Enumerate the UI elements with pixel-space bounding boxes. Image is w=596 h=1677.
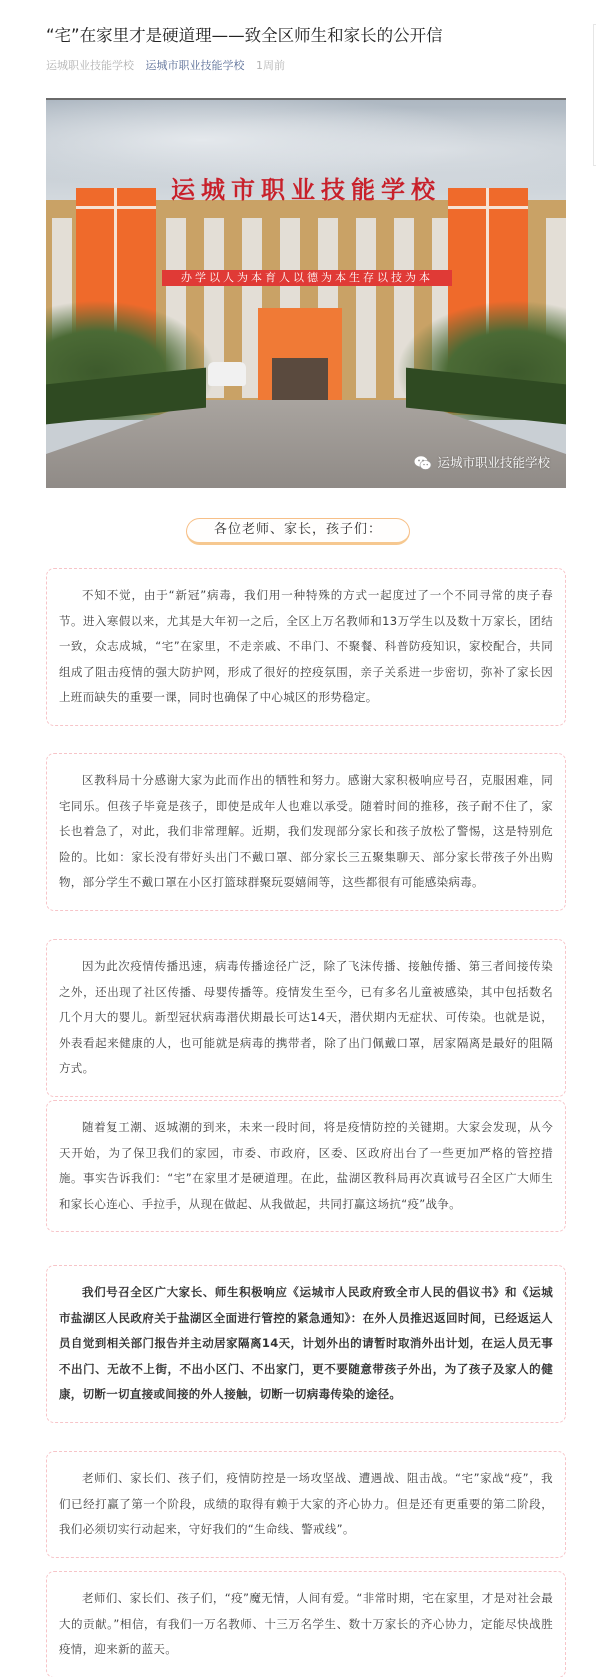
image-watermark: 运城市职业技能学校 bbox=[414, 454, 550, 472]
cover-image[interactable]: 运城市职业技能学校 办学以人为本育人以德为本生存以技为本 运城市职业技能学校 bbox=[46, 98, 566, 488]
meta-account-link[interactable]: 运城市职业技能学校 bbox=[146, 59, 245, 72]
paragraph-text: 不知不觉，由于“新冠”病毒，我们用一种特殊的方式一起度过了一个不同寻常的庚子春节… bbox=[59, 583, 553, 711]
paragraph-card-3: 因为此次疫情传播迅速，病毒传播途径广泛，除了飞沫传播、接触传播、第三者间接传染之… bbox=[46, 939, 566, 1097]
meta-time: 1周前 bbox=[256, 59, 285, 72]
meta-source: 运城职业技能学校 bbox=[46, 59, 134, 72]
article-title: “宅”在家里才是硬道理——致全区师生和家长的公开信 bbox=[46, 24, 566, 48]
paragraph-card-7: 老师们、家长们、孩子们，“疫”魔无情，人间有爱。“非常时期，宅在家里，才是对社会… bbox=[46, 1571, 566, 1677]
paragraph-text: 老师们、家长们、孩子们，疫情防控是一场攻坚战、遭遇战、阻击战。“宅”家战“疫”，… bbox=[59, 1466, 553, 1543]
paragraph-card-2: 区教科局十分感谢大家为此而作出的牺牲和努力。感谢大家积极响应号召，克服困难，同宅… bbox=[46, 753, 566, 911]
paragraph-text: 区教科局十分感谢大家为此而作出的牺牲和努力。感谢大家积极响应号召，克服困难，同宅… bbox=[59, 768, 553, 896]
paragraph-text: 老师们、家长们、孩子们，“疫”魔无情，人间有爱。“非常时期，宅在家里，才是对社会… bbox=[59, 1586, 553, 1663]
paragraph-text: 因为此次疫情传播迅速，病毒传播途径广泛，除了飞沫传播、接触传播、第三者间接传染之… bbox=[59, 954, 553, 1082]
paragraph-text-bold: 我们号召全区广大家长、师生积极响应《运城市人民政府致全市人民的倡议书》和《运城市… bbox=[59, 1280, 553, 1408]
paragraph-card-5: 我们号召全区广大家长、师生积极响应《运城市人民政府致全市人民的倡议书》和《运城市… bbox=[46, 1265, 566, 1423]
article-meta: 运城职业技能学校 运城市职业技能学校 1周前 bbox=[46, 58, 285, 74]
image-car bbox=[208, 362, 246, 386]
paragraph-text: 随着复工潮、返城潮的到来，未来一段时间，将是疫情防控的关键期。大家会发现，从今天… bbox=[59, 1115, 553, 1217]
paragraph-card-1: 不知不觉，由于“新冠”病毒，我们用一种特殊的方式一起度过了一个不同寻常的庚子春节… bbox=[46, 568, 566, 726]
paragraph-card-6: 老师们、家长们、孩子们，疫情防控是一场攻坚战、遭遇战、阻击战。“宅”家战“疫”，… bbox=[46, 1451, 566, 1558]
paragraph-card-4: 随着复工潮、返城潮的到来，未来一段时间，将是疫情防控的关键期。大家会发现，从今天… bbox=[46, 1100, 566, 1232]
image-entrance bbox=[258, 308, 342, 410]
image-sign-text: 运城市职业技能学校 bbox=[166, 176, 446, 204]
greeting-heading: 各位老师、家长，孩子们： bbox=[186, 518, 410, 545]
watermark-text: 运城市职业技能学校 bbox=[437, 454, 550, 472]
image-banner-text: 办学以人为本育人以德为本生存以技为本 bbox=[162, 270, 452, 286]
wechat-icon bbox=[414, 455, 432, 471]
